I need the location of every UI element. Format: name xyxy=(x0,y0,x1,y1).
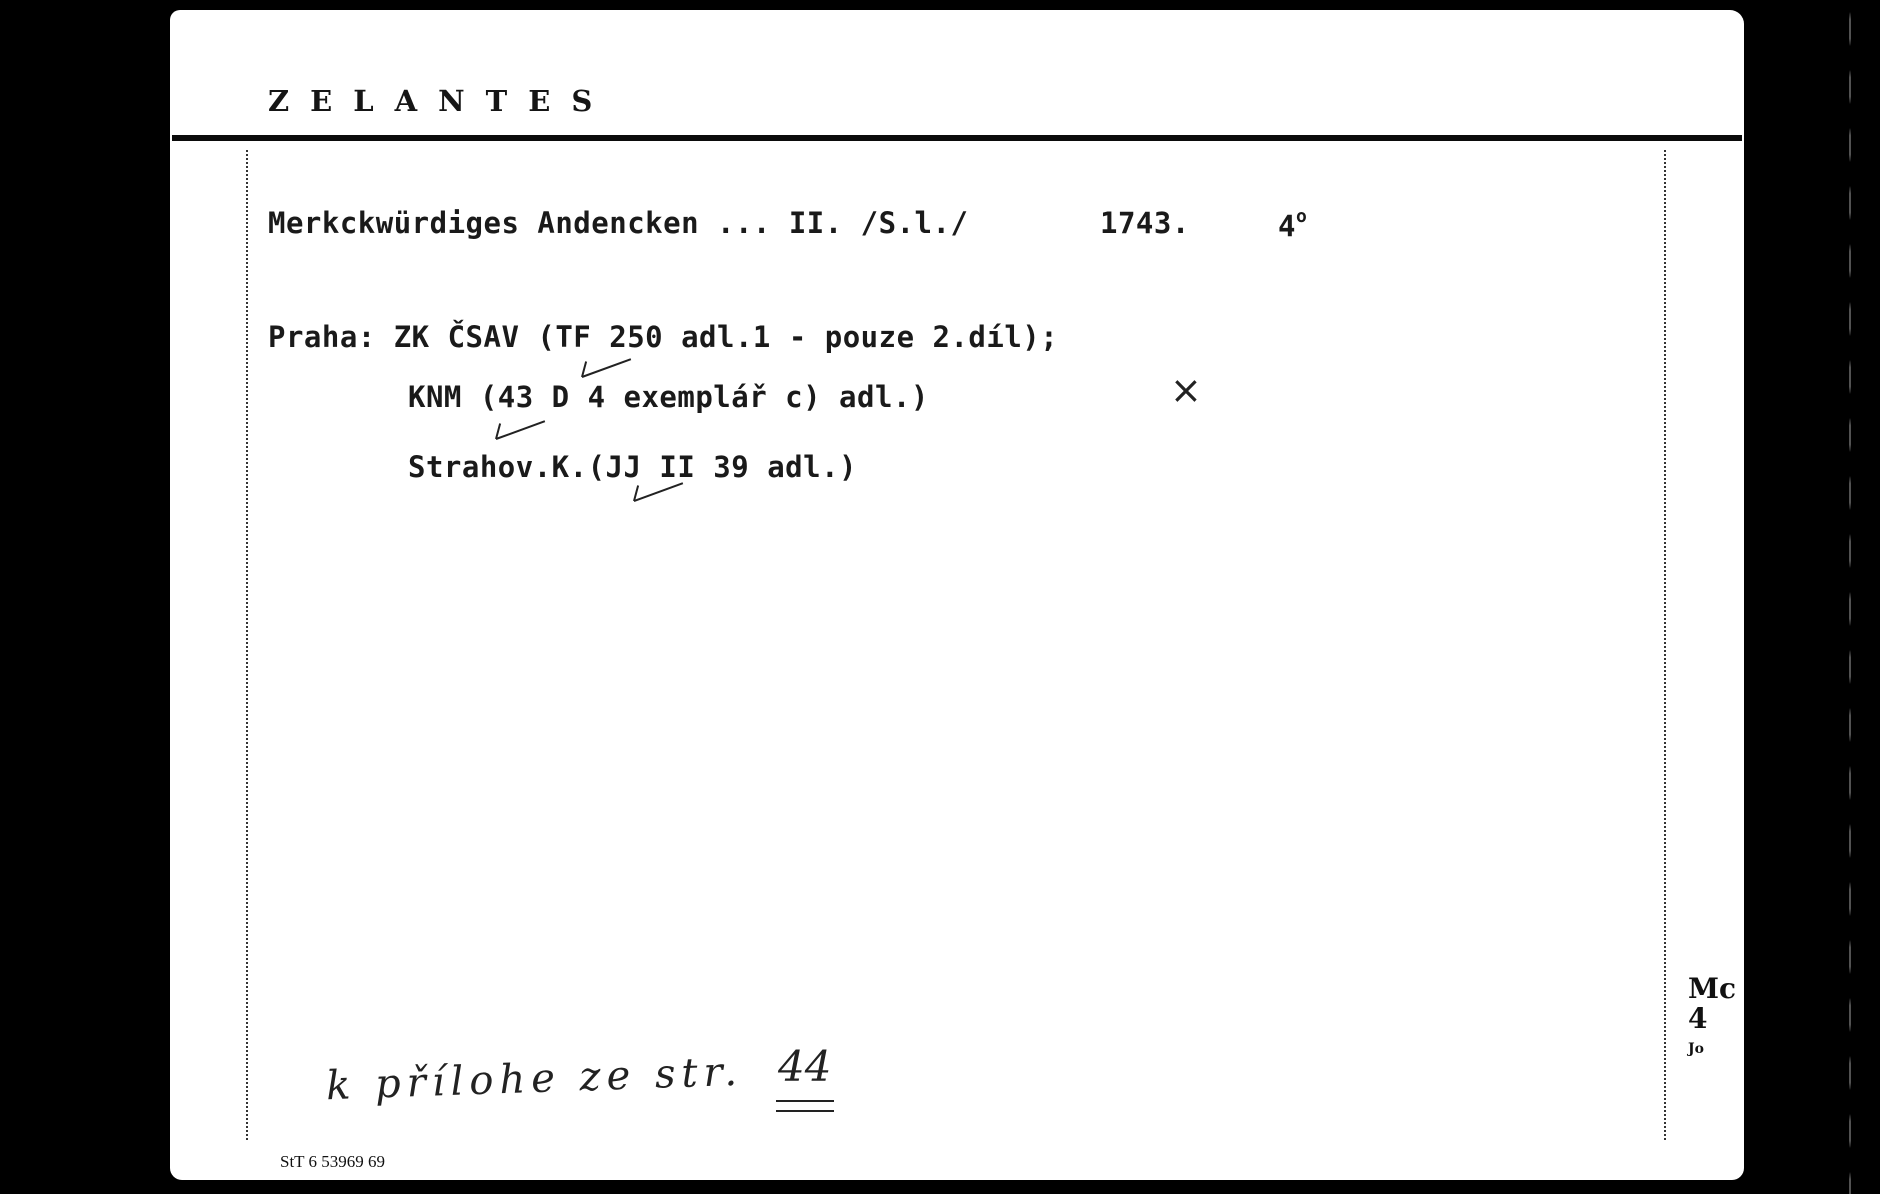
holding-knm: KNM (43 D 4 exemplář c) adl.) xyxy=(408,380,929,414)
holding-strahov: Strahov.K.(JJ II 39 adl.) xyxy=(408,450,857,484)
card-heading: ZELANTES xyxy=(268,84,613,118)
pen-check-icon xyxy=(582,358,632,378)
format-number: 4 xyxy=(1278,209,1296,243)
format-size: 4o xyxy=(1278,206,1307,243)
title-line: Merkckwürdiges Andencken ... II. /S.l./ xyxy=(268,206,968,240)
pen-check-icon xyxy=(496,420,546,440)
scanner-noise-strip xyxy=(1848,0,1852,1194)
printer-code: StT 6 53969 69 xyxy=(280,1152,385,1172)
format-symbol: o xyxy=(1296,206,1307,227)
library-stamp: Mc 4 Jo xyxy=(1688,974,1728,1064)
publication-year: 1743. xyxy=(1100,206,1190,240)
double-underline xyxy=(776,1100,834,1112)
handwritten-page-number: 44 xyxy=(778,1042,831,1091)
heading-rule xyxy=(172,135,1742,141)
right-margin-line xyxy=(1664,150,1666,1140)
stamp-bottom: Jo xyxy=(1688,1034,1728,1064)
holding-praha: Praha: ZK ČSAV (TF 250 adl.1 - pouze 2.d… xyxy=(268,320,1058,354)
stamp-middle: 4 xyxy=(1688,1004,1728,1034)
left-margin-line xyxy=(246,150,248,1140)
handwritten-note: k přílohe ze str. xyxy=(325,1049,743,1110)
cross-icon: × xyxy=(1170,368,1202,412)
catalog-card: ZELANTES Merkckwürdiges Andencken ... II… xyxy=(170,10,1744,1180)
stamp-top: Mc xyxy=(1688,972,1736,1005)
pen-check-icon xyxy=(634,482,684,502)
